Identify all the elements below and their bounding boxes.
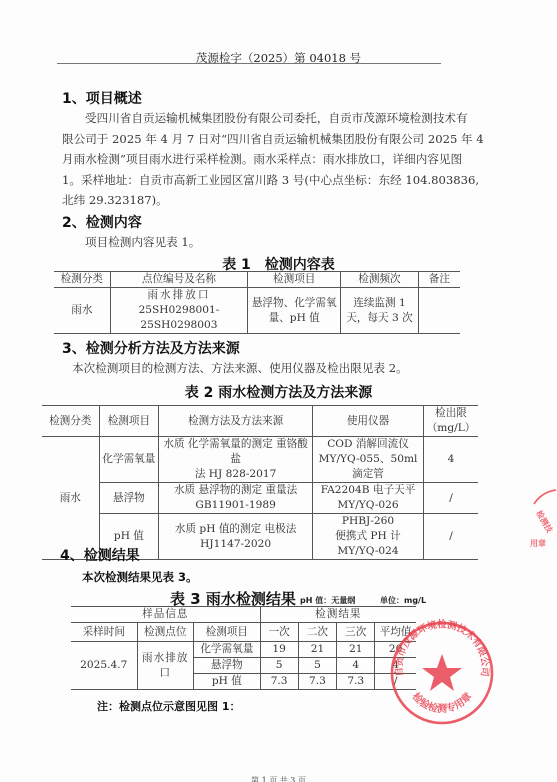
cell-category: 雨水 [54, 288, 110, 334]
section-4-title: 4、检测结果 [60, 545, 140, 565]
ph-unit-label: pH 值：无量纲 [300, 595, 355, 606]
table-3-header: 检测点位 [137, 623, 193, 642]
cell-value-1: 7.3 [260, 674, 298, 690]
method-line: GB11901-1989 [161, 498, 310, 513]
table-3-header: 检测项目 [193, 623, 260, 642]
cell-value-2: 7.3 [298, 674, 337, 690]
method-line: 水质 悬浮物的测定 重量法 [161, 483, 310, 498]
point-name: 雨水排放口 [113, 288, 246, 303]
table-2-header: 检测项目 [99, 406, 159, 437]
cell-average: / [375, 674, 416, 690]
cell-instrument: FA2204B 电子天平 MY/YQ-026 [312, 483, 423, 514]
table-2-header: 检出限 （mg/L） [424, 406, 478, 437]
method-line: 水质 pH 值的测定 电极法 [161, 522, 310, 537]
table-3-group-header: 样品信息 [71, 607, 260, 623]
table-1-header: 检测分类 [54, 272, 110, 288]
instrument-line: MY/YQ-026 [315, 498, 421, 513]
cell-value-1: 5 [260, 658, 298, 674]
cell-items: 悬浮物、化学需氧 量、pH 值 [248, 288, 341, 334]
cell-value-3: 21 [337, 642, 375, 658]
table-2: 检测分类 检测项目 检测方法及方法来源 使用仪器 检出限 （mg/L） 雨水 化… [42, 405, 478, 560]
instrument-line: FA2204B 电子天平 [315, 483, 421, 498]
freq-line: 天，每天 3 次 [343, 311, 416, 326]
cell-limit: 4 [424, 437, 478, 483]
svg-text:检测技: 检测技 [534, 509, 555, 535]
cell-instrument: COD 消解回流仪 MY/YQ-055、50ml 滴定管 [312, 437, 423, 483]
table-3-header: 一次 [260, 623, 298, 642]
section-4-intro: 本次检测结果见表 3。 [82, 569, 198, 585]
cell-date: 2025.4.7 [71, 642, 137, 690]
section-2-intro: 项目检测内容见表 1。 [85, 232, 200, 253]
cell-item: pH 值 [193, 674, 260, 690]
svg-text:检验检测专用章: 检验检测专用章 [410, 690, 475, 715]
cell-method: 水质 化学需氧量的测定 重铬酸盐 法 HJ 828-2017 [159, 437, 313, 483]
svg-text:用章: 用章 [530, 538, 546, 548]
table-2-header: 检测方法及方法来源 [159, 406, 313, 437]
cell-value-2: 21 [298, 642, 337, 658]
method-line: 水质 化学需氧量的测定 重铬酸盐 [161, 437, 310, 467]
table-row: 2025.4.7 雨水排放口 化学需氧量 19 21 21 20 [71, 642, 416, 658]
cell-item: 化学需氧量 [193, 642, 260, 658]
instrument-line: COD 消解回流仪 [315, 437, 421, 452]
freq-line: 连续监测 1 [343, 296, 416, 311]
table-row: 雨水 雨水排放口 25SH0298001-25SH0298003 悬浮物、化学需… [54, 288, 460, 334]
mg-unit-label: 单位：mg/L [380, 595, 426, 606]
items-line: 量、pH 值 [250, 311, 338, 326]
table-3-group-header: 检测结果 [260, 607, 416, 623]
cell-item: 悬浮物 [99, 483, 159, 514]
section-2-title: 2、检测内容 [62, 212, 142, 232]
cell-method: 水质 pH 值的测定 电极法 HJ1147-2020 [159, 514, 313, 560]
cell-remark [418, 288, 460, 334]
table-row: 悬浮物 水质 悬浮物的测定 重量法 GB11901-1989 FA2204B 电… [42, 483, 478, 514]
page-footer: 第 1 页 共 3 页 [0, 775, 557, 782]
cell-item: 悬浮物 [193, 658, 260, 674]
cell-instrument: PHBJ-260 便携式 PH 计 MY/YQ-024 [312, 514, 423, 560]
para-line: 限公司于 2025 年 4 月 7 日对“四川省自贡运输机械集团股份有限公司 2… [62, 129, 502, 150]
cell-value-3: 7.3 [337, 674, 375, 690]
table-3-header: 三次 [337, 623, 375, 642]
cell-point: 雨水排放口 25SH0298001-25SH0298003 [110, 288, 248, 334]
cell-average: 4 [375, 658, 416, 674]
method-line: HJ1147-2020 [161, 537, 310, 552]
header-divider [57, 63, 441, 64]
para-line: 受四川省自贡运输机械集团股份有限公司委托，自贡市茂源环境检测技术有 [62, 108, 502, 129]
table-2-header: 检测分类 [42, 406, 99, 437]
instrument-line: MY/YQ-055、50ml 滴定管 [315, 452, 421, 482]
cell-category: 雨水 [42, 437, 99, 560]
section-1-title: 1、项目概述 [62, 88, 142, 108]
table-3-header: 采样时间 [71, 623, 137, 642]
table-3-header: 平均值 [375, 623, 416, 642]
para-line: 北纬 29.323187)。 [62, 190, 502, 211]
para-line: 1。采样地址：自贡市高新工业园区富川路 3 号(中心点坐标：东经 104.803… [62, 170, 502, 191]
cell-limit: / [424, 483, 478, 514]
para-line: 月雨水检测”项目雨水进行采样检测。雨水采样点：雨水排放口，详细内容见图 [62, 149, 502, 170]
point-code: 25SH0298001-25SH0298003 [113, 303, 246, 333]
cell-average: 20 [375, 642, 416, 658]
table-2-header: 使用仪器 [312, 406, 423, 437]
method-line: 法 HJ 828-2017 [161, 467, 310, 482]
section-3-intro: 本次检测项目的检测方法、方法来源、使用仪器及检出限见表 2。 [72, 358, 408, 379]
table-1-header: 点位编号及名称 [110, 272, 248, 288]
limit-unit: （mg/L） [426, 421, 476, 436]
cell-value-1: 19 [260, 642, 298, 658]
cell-limit: / [424, 514, 478, 560]
table-1-header: 备注 [418, 272, 460, 288]
figure-note: 注：检测点位示意图见图 1： [97, 698, 240, 714]
cell-frequency: 连续监测 1 天，每天 3 次 [341, 288, 419, 334]
cell-point: 雨水排放口 [137, 642, 193, 690]
section-1-body: 受四川省自贡运输机械集团股份有限公司委托，自贡市茂源环境检测技术有 限公司于 2… [62, 108, 502, 211]
table-3: 样品信息 检测结果 采样时间 检测点位 检测项目 一次 二次 三次 平均值 20… [71, 606, 416, 690]
table-1: 检测分类 点位编号及名称 检测项目 检测频次 备注 雨水 雨水排放口 25SH0… [54, 271, 460, 334]
limit-header: 检出限 [426, 406, 476, 421]
instrument-line: PHBJ-260 [315, 514, 421, 529]
cell-item: 化学需氧量 [99, 437, 159, 483]
table-2-caption: 表 2 雨水检测方法及方法来源 [0, 382, 557, 402]
table-row: 雨水 化学需氧量 水质 化学需氧量的测定 重铬酸盐 法 HJ 828-2017 … [42, 437, 478, 483]
table-1-header: 检测频次 [341, 272, 419, 288]
cell-method: 水质 悬浮物的测定 重量法 GB11901-1989 [159, 483, 313, 514]
cell-value-2: 5 [298, 658, 337, 674]
cell-value-3: 4 [337, 658, 375, 674]
side-seal-icon: 检测技 用章 [528, 488, 557, 548]
table-3-header: 二次 [298, 623, 337, 642]
table-1-header: 检测项目 [248, 272, 341, 288]
instrument-line: 便携式 PH 计 MY/YQ-024 [315, 529, 421, 559]
section-3-title: 3、检测分析方法及方法来源 [62, 338, 240, 358]
items-line: 悬浮物、化学需氧 [250, 296, 338, 311]
